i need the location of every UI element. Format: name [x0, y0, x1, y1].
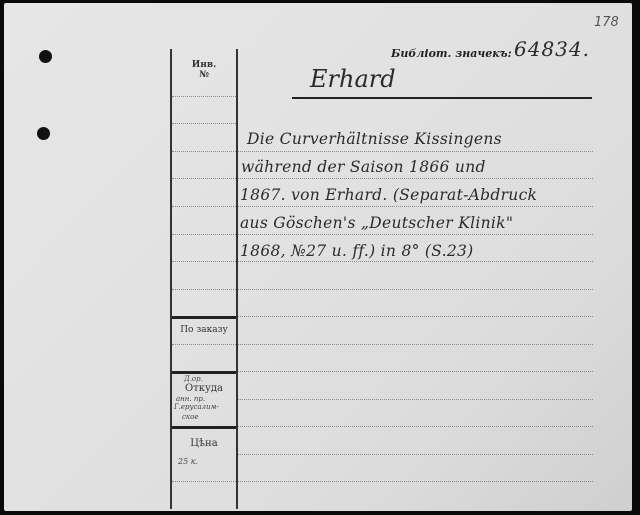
left-column-divider: [236, 49, 238, 509]
author-underline: [292, 97, 592, 99]
rule-line: [172, 151, 236, 152]
source-note-line1: анн. пр.: [176, 395, 205, 403]
rule-line: [172, 178, 236, 179]
source-note-above: Д.ор.: [184, 375, 203, 383]
rule-line: [172, 123, 236, 124]
rule-line: [172, 261, 236, 262]
rule-line: [172, 96, 236, 97]
price-label: Цѣна: [172, 438, 236, 449]
section-divider: [172, 371, 236, 374]
rule-line: [172, 344, 236, 345]
rule-line: [238, 454, 593, 455]
pencil-number: 178: [594, 15, 619, 30]
title-line-3: 1867. von Erhard. (Separat-Abdruck: [240, 186, 537, 204]
rule-line: [238, 261, 593, 262]
rule-line: [238, 344, 593, 345]
rule-line: [238, 316, 593, 317]
library-mark-value: 64834.: [514, 37, 590, 61]
rule-line: [238, 206, 593, 207]
rule-line: [238, 481, 593, 482]
rule-line: [238, 371, 593, 372]
section-divider: [172, 316, 236, 319]
price-value: 25 к.: [178, 457, 198, 466]
rule-line: [172, 206, 236, 207]
catalog-card: Библіот. значекъ: 64834. 178 Инв. № По з…: [4, 3, 632, 511]
rule-line: [238, 151, 593, 152]
rule-line: [238, 399, 593, 400]
author-name: Erhard: [310, 65, 396, 93]
title-line-4: aus Göschen's „Deutscher Klinik": [240, 214, 513, 232]
source-note-line2: Г.ерусалим-: [174, 403, 219, 411]
source-note-line3: ское: [182, 413, 198, 421]
rule-line: [238, 426, 593, 427]
rule-line: [238, 289, 593, 290]
section-divider: [172, 426, 236, 429]
rule-line: [238, 178, 593, 179]
rule-line: [172, 289, 236, 290]
title-line-5: 1868, №27 u. ff.) in 8° (S.23): [240, 242, 474, 260]
order-label: По заказу: [172, 325, 236, 335]
title-line-2: während der Saison 1866 und: [241, 158, 486, 176]
source-label: Откуда: [172, 383, 236, 394]
punch-hole: [37, 127, 50, 140]
title-line-1: Die Curverhältnisse Kissingens: [247, 130, 502, 148]
library-mark-label: Библіот. значекъ:: [391, 47, 512, 60]
rule-line: [172, 234, 236, 235]
rule-line: [238, 234, 593, 235]
inventory-label: Инв. №: [172, 60, 236, 80]
rule-line: [172, 481, 236, 482]
punch-hole: [39, 50, 52, 63]
